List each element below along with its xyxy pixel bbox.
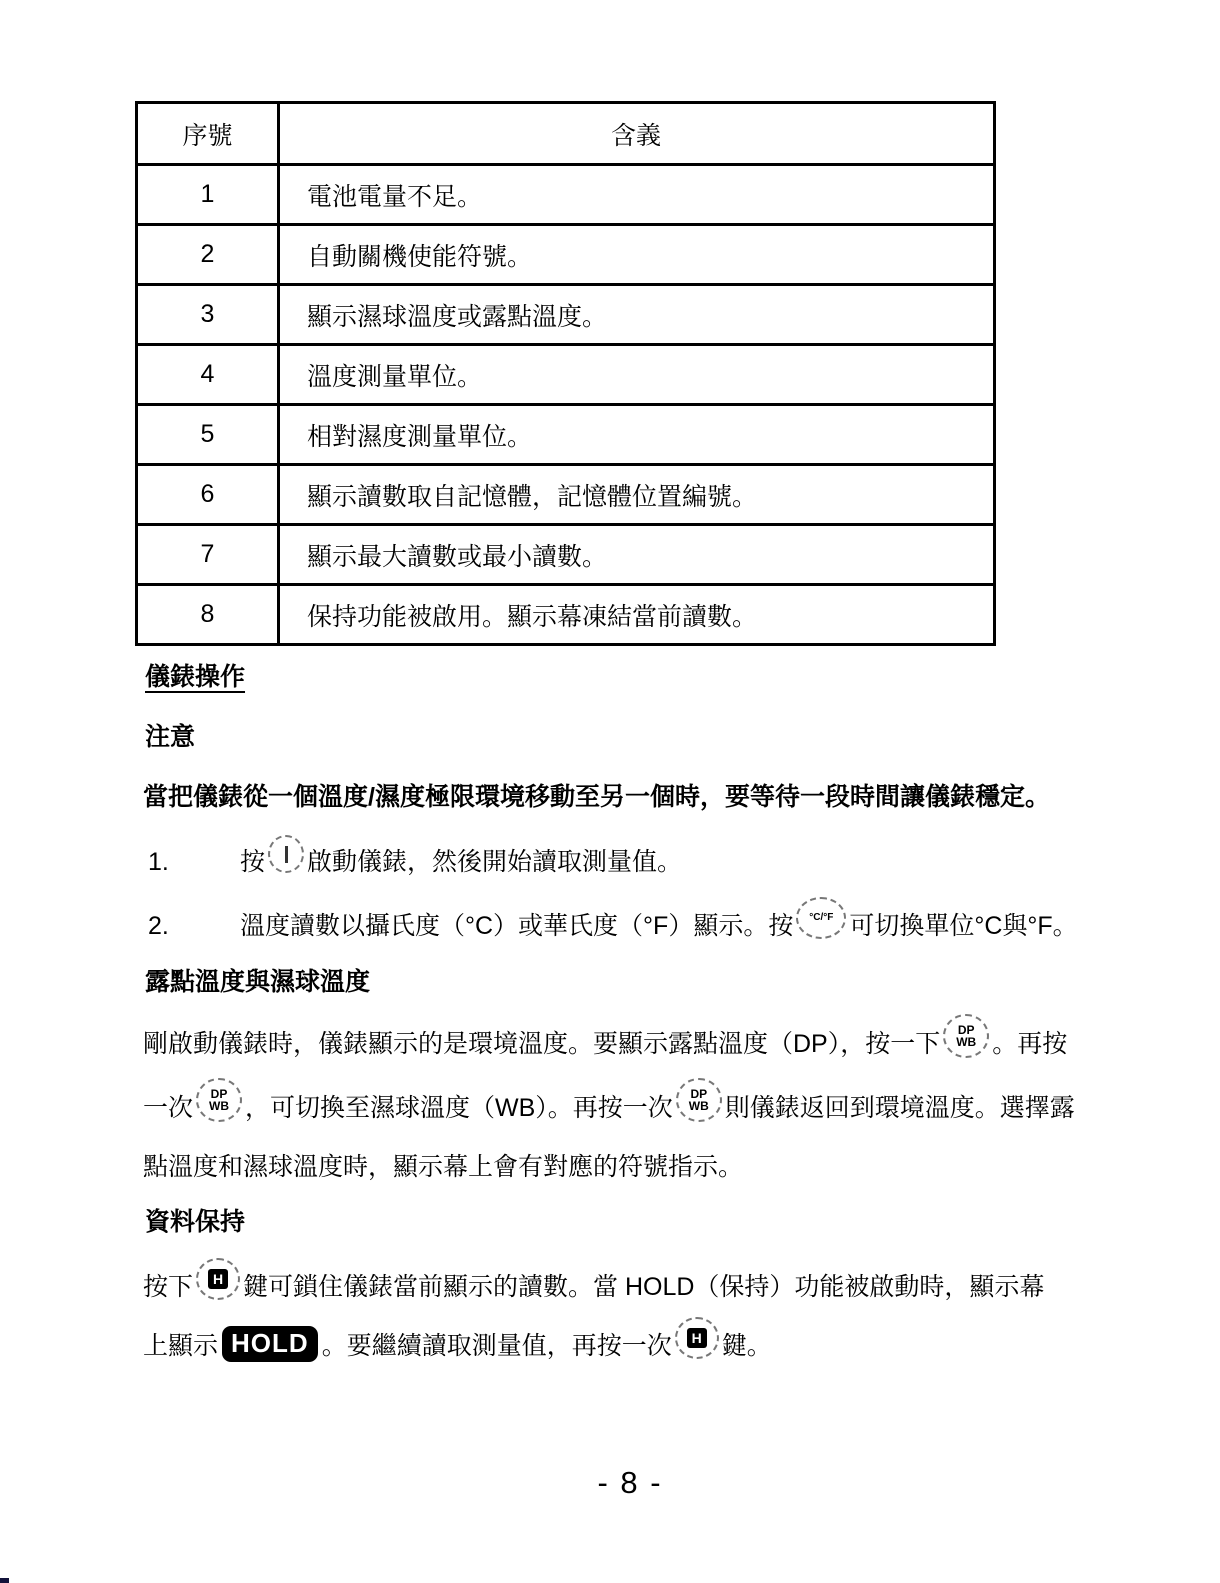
data-hold-paragraph-line-2: 上顯示HOLD。要繼續讀取測量值，再按一次H鍵。 [143, 1324, 772, 1368]
list-item-text: 啟動儀錶，然後開始讀取測量值。 [307, 848, 682, 876]
manual-page: 序號 含義 1 電池電量不足。 2 自動關機使能符號。 3 顯示濕球溫度或露點溫… [0, 0, 1220, 1583]
column-header-number: 序號 [137, 103, 279, 165]
table-row: 8 保持功能被啟用。顯示幕凍結當前讀數。 [137, 585, 995, 645]
list-item-text: 溫度讀數以攝氏度（°C）或華氏度（°F）顯示。按 [240, 912, 793, 940]
hold-indicator-badge: HOLD [222, 1326, 318, 1362]
hold-key-label: H [687, 1328, 707, 1348]
section-heading-meter-operation: 儀錶操作 [145, 655, 245, 699]
paragraph-text: 鍵可鎖住儀錶當前顯示的讀數。當 HOLD（保持）功能被啟動時，顯示幕 [243, 1273, 1044, 1301]
dp-wb-button-icon: DPWB [676, 1078, 722, 1122]
paragraph-text: 。要繼續讀取測量值，再按一次 [322, 1332, 672, 1360]
hold-key-label: H [208, 1269, 228, 1289]
hold-button-icon: H [675, 1317, 719, 1359]
paragraph-text: 。再按 [992, 1030, 1067, 1058]
list-item-2: 2.溫度讀數以攝氏度（°C）或華氏度（°F）顯示。按°C/°F可切換單位°C與°… [148, 904, 1078, 948]
corner-print-mark [0, 1578, 9, 1583]
table-row: 6 顯示讀數取自記憶體，記憶體位置編號。 [137, 465, 995, 525]
row-number-cell: 2 [137, 225, 279, 285]
paragraph-text: 上顯示 [143, 1332, 218, 1360]
row-number-cell: 3 [137, 285, 279, 345]
section-heading-dew-wet-bulb: 露點溫度與濕球溫度 [145, 960, 370, 1004]
paragraph-text: 按下 [143, 1273, 193, 1301]
row-number-cell: 6 [137, 465, 279, 525]
celsius-fahrenheit-toggle-icon: °C/°F [796, 897, 846, 939]
table-row: 1 電池電量不足。 [137, 165, 995, 225]
paragraph-text: 一次 [143, 1094, 193, 1122]
list-item-1: 1.按啟動儀錶，然後開始讀取測量值。 [148, 840, 682, 884]
dew-wet-paragraph-line-2: 一次DPWB，可切換至濕球溫度（WB）。再按一次DPWB則儀錶返回到環境溫度。選… [143, 1086, 1075, 1130]
row-meaning-cell: 顯示讀數取自記憶體，記憶體位置編號。 [279, 465, 995, 525]
row-meaning-cell: 保持功能被啟用。顯示幕凍結當前讀數。 [279, 585, 995, 645]
paragraph-text: 剛啟動儀錶時，儀錶顯示的是環境溫度。要顯示露點溫度（DP），按一下 [143, 1030, 940, 1058]
row-number-cell: 5 [137, 405, 279, 465]
dp-wb-button-icon: DPWB [943, 1014, 989, 1058]
row-meaning-cell: 電池電量不足。 [279, 165, 995, 225]
row-number-cell: 4 [137, 345, 279, 405]
list-item-text: 按 [240, 848, 265, 876]
wb-label: WB [689, 1100, 709, 1112]
wb-label: WB [209, 1100, 229, 1112]
warning-text: 當把儀錶從一個溫度/濕度極限環境移動至另一個時，要等待一段時間讓儀錶穩定。 [143, 775, 1050, 819]
table-row: 5 相對濕度測量單位。 [137, 405, 995, 465]
row-number-cell: 7 [137, 525, 279, 585]
list-number: 2. [148, 904, 240, 948]
section-heading-data-hold: 資料保持 [145, 1200, 245, 1244]
table-row: 3 顯示濕球溫度或露點溫度。 [137, 285, 995, 345]
row-number-cell: 8 [137, 585, 279, 645]
row-meaning-cell: 顯示最大讀數或最小讀數。 [279, 525, 995, 585]
paragraph-text: 則儀錶返回到環境溫度。選擇露 [725, 1094, 1075, 1122]
table-header-row: 序號 含義 [137, 103, 995, 165]
page-number: - 8 - [135, 1465, 1125, 1501]
data-hold-paragraph-line-1: 按下H鍵可鎖住儀錶當前顯示的讀數。當 HOLD（保持）功能被啟動時，顯示幕 [143, 1265, 1044, 1309]
hold-button-icon: H [196, 1258, 240, 1300]
paragraph-text: 鍵。 [722, 1332, 772, 1360]
wb-label: WB [956, 1036, 976, 1048]
list-number: 1. [148, 840, 240, 884]
dp-wb-button-icon: DPWB [196, 1078, 242, 1122]
paragraph-text: ，可切換至濕球溫度（WB）。再按一次 [245, 1094, 673, 1122]
row-meaning-cell: 顯示濕球溫度或露點溫度。 [279, 285, 995, 345]
section-heading-note: 注意 [145, 715, 195, 759]
row-meaning-cell: 相對濕度測量單位。 [279, 405, 995, 465]
symbol-meaning-table: 序號 含義 1 電池電量不足。 2 自動關機使能符號。 3 顯示濕球溫度或露點溫… [135, 101, 996, 646]
row-number-cell: 1 [137, 165, 279, 225]
dew-wet-paragraph-line-3: 點溫度和濕球溫度時，顯示幕上會有對應的符號指示。 [143, 1145, 743, 1189]
table-row: 2 自動關機使能符號。 [137, 225, 995, 285]
power-button-icon [268, 835, 304, 873]
dew-wet-paragraph-line-1: 剛啟動儀錶時，儀錶顯示的是環境溫度。要顯示露點溫度（DP），按一下DPWB。再按 [143, 1022, 1067, 1066]
paragraph-text: 點溫度和濕球溫度時，顯示幕上會有對應的符號指示。 [143, 1153, 743, 1181]
row-meaning-cell: 自動關機使能符號。 [279, 225, 995, 285]
celsius-fahrenheit-label: °C/°F [809, 896, 833, 940]
list-item-text: 可切換單位°C與°F。 [849, 912, 1077, 940]
table-row: 7 顯示最大讀數或最小讀數。 [137, 525, 995, 585]
row-meaning-cell: 溫度測量單位。 [279, 345, 995, 405]
power-symbol [285, 846, 288, 863]
table-row: 4 溫度測量單位。 [137, 345, 995, 405]
column-header-meaning: 含義 [279, 103, 995, 165]
